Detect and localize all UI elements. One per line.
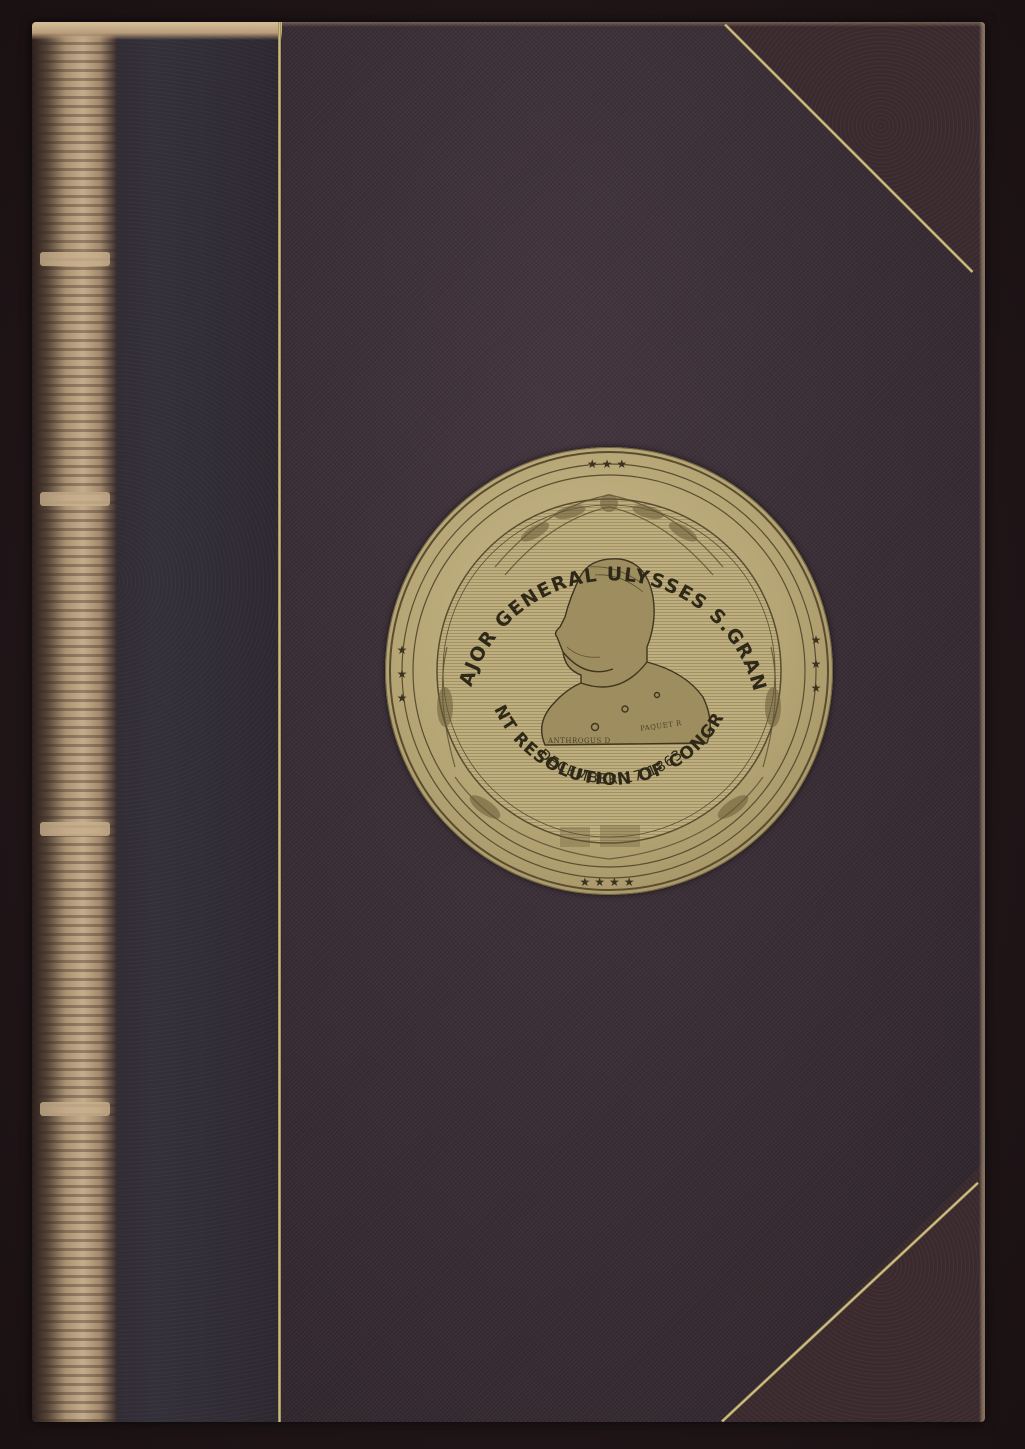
stars-left: ★★★ — [395, 643, 409, 715]
stars-top: ★★★ — [385, 457, 833, 471]
edge-wear-right — [979, 22, 985, 1422]
gold-fillet-rule — [278, 22, 281, 1422]
worn-spine-edge — [32, 22, 117, 1422]
medallion-engraving: MAJOR GENERAL ULYSSES S.GRANT JOINT RESO… — [385, 447, 833, 895]
spine-band — [40, 252, 110, 266]
stars-right: ★★★ — [809, 633, 823, 705]
engraver-signature-left: ANTHROGUS D — [548, 737, 611, 745]
gold-medallion: MAJOR GENERAL ULYSSES S.GRANT JOINT RESO… — [385, 447, 833, 895]
book-cover-scene: MAJOR GENERAL ULYSSES S.GRANT JOINT RESO… — [0, 0, 1025, 1449]
edge-wear-top — [282, 22, 985, 27]
spine-top-wear — [32, 22, 282, 40]
spine-band — [40, 822, 110, 836]
spine-band — [40, 492, 110, 506]
spine-band — [40, 1102, 110, 1116]
stars-bottom: ★★★★ — [385, 875, 833, 889]
